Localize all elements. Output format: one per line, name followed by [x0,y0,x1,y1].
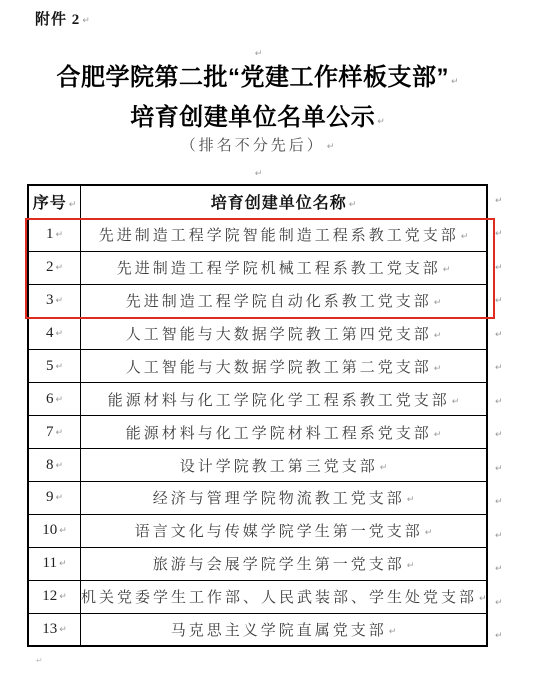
paragraph-mark-icon: ↵ [461,232,469,242]
header-cell-unit-name: 培育创建单位名称↵ [81,185,488,218]
paragraph-mark-icon: ↵ [495,620,509,654]
unit-name-cell: 机关党委学生工作部、人民武装部、学生处党支部↵ [81,580,488,613]
header-unit-name-text: 培育创建单位名称 [211,195,347,212]
row-number-text: 1 [46,226,54,242]
unit-name-cell: 设计学院教工第三党支部↵ [81,449,488,482]
header-cell-number: 序号↵ [28,185,81,218]
paragraph-mark-icon: ↵ [495,586,509,620]
unit-name-cell: 人工智能与大数据学院教工第二党支部↵ [81,350,488,383]
paragraph-mark-icon: ↵ [434,331,442,341]
subtitle: （排名不分先后）↵ [0,134,515,155]
unit-name-cell: 语言文化与传媒学院学生第一党支部↵ [81,514,488,547]
row-paragraph-marks: ↵↵↵↵↵↵↵↵↵↵↵↵↵↵ [495,184,509,653]
page-title-line1-text: 合肥学院第二批“党建工作样板支部” [56,64,449,91]
attachment-label: 附件 2↵ [35,8,90,29]
row-number-text: 12 [42,588,57,604]
unit-name-cell: 马克思主义学院直属党支部↵ [81,613,488,646]
table-row: 2↵ 先进制造工程学院机械工程系教工党支部↵ [28,251,487,284]
table-header: 序号↵ 培育创建单位名称↵ [28,185,487,218]
paragraph-mark-icon: ↵ [495,318,509,352]
paragraph-mark-icon: ↵ [59,559,67,569]
unit-name-cell: 人工智能与大数据学院教工第四党支部↵ [81,317,488,350]
row-number-cell: 13↵ [28,613,81,646]
unit-name-cell: 先进制造工程学院自动化系教工党支部↵ [81,284,488,317]
empty-paragraph-mark: ↵ [0,164,515,182]
paragraph-mark-icon: ↵ [407,495,415,505]
table-row: 1↵ 先进制造工程学院智能制造工程系教工党支部↵ [28,218,487,251]
paragraph-mark-icon: ↵ [55,263,63,273]
paragraph-mark-icon: ↵ [495,218,509,252]
paragraph-mark-icon: ↵ [59,625,67,635]
paragraph-mark-icon: ↵ [69,200,77,210]
paragraph-mark-icon: ↵ [495,519,509,553]
unit-name-text: 能源材料与化工学院材料工程系党支部 [126,426,432,442]
table-row: 9↵ 经济与管理学院物流教工党支部↵ [28,482,487,515]
table-row: 6↵ 能源材料与化工学院化学工程系教工党支部↵ [28,383,487,416]
page-title-line1: 合肥学院第二批“党建工作样板支部”↵ [0,60,515,100]
row-number-cell: 4↵ [28,317,81,350]
unit-name-text: 先进制造工程学院机械工程系教工党支部 [117,261,441,277]
unit-name-text: 马克思主义学院直属党支部 [171,623,387,639]
table-row: 3↵ 先进制造工程学院自动化系教工党支部↵ [28,284,487,317]
paragraph-mark-icon: ↵ [389,627,397,637]
table-body: 1↵ 先进制造工程学院智能制造工程系教工党支部↵ 2↵ 先进制造工程学院机械工程… [28,218,487,646]
table-row: 4↵ 人工智能与大数据学院教工第四党支部↵ [28,317,487,350]
paragraph-mark-icon: ↵ [434,430,442,440]
row-number-text: 7 [46,424,54,440]
row-number-cell: 5↵ [28,350,81,383]
paragraph-mark-icon: ↵ [479,594,487,604]
unit-name-cell: 先进制造工程学院机械工程系教工党支部↵ [81,251,488,284]
page-title: 合肥学院第二批“党建工作样板支部”↵ 培育创建单位名单公示↵ [0,60,515,140]
paragraph-mark-icon: ↵ [443,265,451,275]
table-row: 10↵ 语言文化与传媒学院学生第一党支部↵ [28,514,487,547]
units-table: 序号↵ 培育创建单位名称↵ 1↵ 先进制造工程学院智能制造工程系教工党支部↵ 2… [27,184,488,647]
unit-name-text: 语言文化与传媒学院学生第一党支部 [135,524,423,540]
paragraph-mark-icon: ↵ [380,463,388,473]
paragraph-mark-icon: ↵ [55,230,63,240]
paragraph-mark-icon: ↵ [495,486,509,520]
paragraph-mark-icon: ↵ [327,142,335,152]
paragraph-mark-icon: ↵ [55,428,63,438]
row-number-cell: 9↵ [28,482,81,515]
unit-name-cell: 经济与管理学院物流教工党支部↵ [81,482,488,515]
row-number-text: 6 [46,391,54,407]
header-row: 序号↵ 培育创建单位名称↵ [28,185,487,218]
paragraph-mark-icon: ↵ [434,364,442,374]
paragraph-mark-icon: ↵ [495,285,509,319]
row-number-cell: 11↵ [28,547,81,580]
unit-name-text: 先进制造工程学院自动化系教工党支部 [126,294,432,310]
paragraph-mark-icon: ↵ [55,329,63,339]
header-number-text: 序号 [33,195,67,212]
paragraph-mark-icon: ↵ [495,352,509,386]
paragraph-mark-icon: ↵ [495,385,509,419]
row-number-text: 4 [46,325,54,341]
paragraph-mark-icon: ↵ [255,49,263,59]
table-row: 11↵ 旅游与会展学院学生第一党支部↵ [28,547,487,580]
unit-name-text: 设计学院教工第三党支部 [180,459,378,475]
paragraph-mark-icon: ↵ [55,296,63,306]
row-number-text: 8 [46,457,54,473]
row-number-text: 3 [46,292,54,308]
paragraph-mark-icon: ↵ [55,493,63,503]
unit-name-text: 人工智能与大数据学院教工第四党支部 [126,327,432,343]
units-table-container: 序号↵ 培育创建单位名称↵ 1↵ 先进制造工程学院智能制造工程系教工党支部↵ 2… [27,184,488,647]
table-row: 8↵ 设计学院教工第三党支部↵ [28,449,487,482]
unit-name-text: 先进制造工程学院智能制造工程系教工党支部 [99,228,459,244]
paragraph-mark-icon: ↵ [425,528,433,538]
row-number-cell: 7↵ [28,416,81,449]
table-row: 5↵ 人工智能与大数据学院教工第二党支部↵ [28,350,487,383]
paragraph-mark-icon: ↵ [434,298,442,308]
row-number-text: 2 [46,259,54,275]
paragraph-mark-icon: ↵ [452,397,460,407]
unit-name-cell: 旅游与会展学院学生第一党支部↵ [81,547,488,580]
paragraph-mark-icon: ↵ [255,169,263,179]
row-number-text: 10 [42,522,57,538]
paragraph-mark-icon: ↵ [495,553,509,587]
unit-name-cell: 能源材料与化工学院化学工程系教工党支部↵ [81,383,488,416]
unit-name-text: 机关党委学生工作部、人民武装部、学生处党支部 [81,590,477,606]
paragraph-mark-icon: ↵ [82,16,90,26]
row-number-text: 13 [42,621,57,637]
subtitle-text: （排名不分先后） [181,138,325,154]
paragraph-mark-icon: ↵ [55,461,63,471]
unit-name-text: 能源材料与化工学院化学工程系教工党支部 [108,393,450,409]
paragraph-mark-icon: ↵ [36,656,43,665]
paragraph-mark-icon: ↵ [407,561,415,571]
paragraph-mark-icon: ↵ [59,526,67,536]
row-number-cell: 12↵ [28,580,81,613]
paragraph-mark-icon: ↵ [495,452,509,486]
row-number-cell: 1↵ [28,218,81,251]
paragraph-mark-icon: ↵ [55,362,63,372]
table-row: 7↵ 能源材料与化工学院材料工程系党支部↵ [28,416,487,449]
row-number-text: 11 [43,555,57,571]
table-row: 13↵ 马克思主义学院直属党支部↵ [28,613,487,646]
paragraph-mark-icon: ↵ [495,419,509,453]
row-number-cell: 3↵ [28,284,81,317]
paragraph-mark-icon: ↵ [349,200,357,210]
row-number-cell: 10↵ [28,514,81,547]
attachment-label-text: 附件 2 [35,12,80,28]
unit-name-cell: 先进制造工程学院智能制造工程系教工党支部↵ [81,218,488,251]
row-number-text: 5 [46,358,54,374]
paragraph-mark-icon: ↵ [495,184,509,218]
paragraph-mark-icon: ↵ [377,117,385,127]
paragraph-mark-icon: ↵ [59,592,67,602]
unit-name-text: 旅游与会展学院学生第一党支部 [153,557,405,573]
paragraph-mark-icon: ↵ [55,395,63,405]
row-number-text: 9 [46,489,54,505]
paragraph-mark-icon: ↵ [451,77,459,87]
unit-name-text: 经济与管理学院物流教工党支部 [153,491,405,507]
paragraph-mark-icon: ↵ [495,251,509,285]
row-number-cell: 6↵ [28,383,81,416]
unit-name-text: 人工智能与大数据学院教工第二党支部 [126,360,432,376]
unit-name-cell: 能源材料与化工学院材料工程系党支部↵ [81,416,488,449]
page-title-line2-text: 培育创建单位名单公示 [130,104,375,131]
table-row: 12↵ 机关党委学生工作部、人民武装部、学生处党支部↵ [28,580,487,613]
row-number-cell: 2↵ [28,251,81,284]
row-number-cell: 8↵ [28,449,81,482]
